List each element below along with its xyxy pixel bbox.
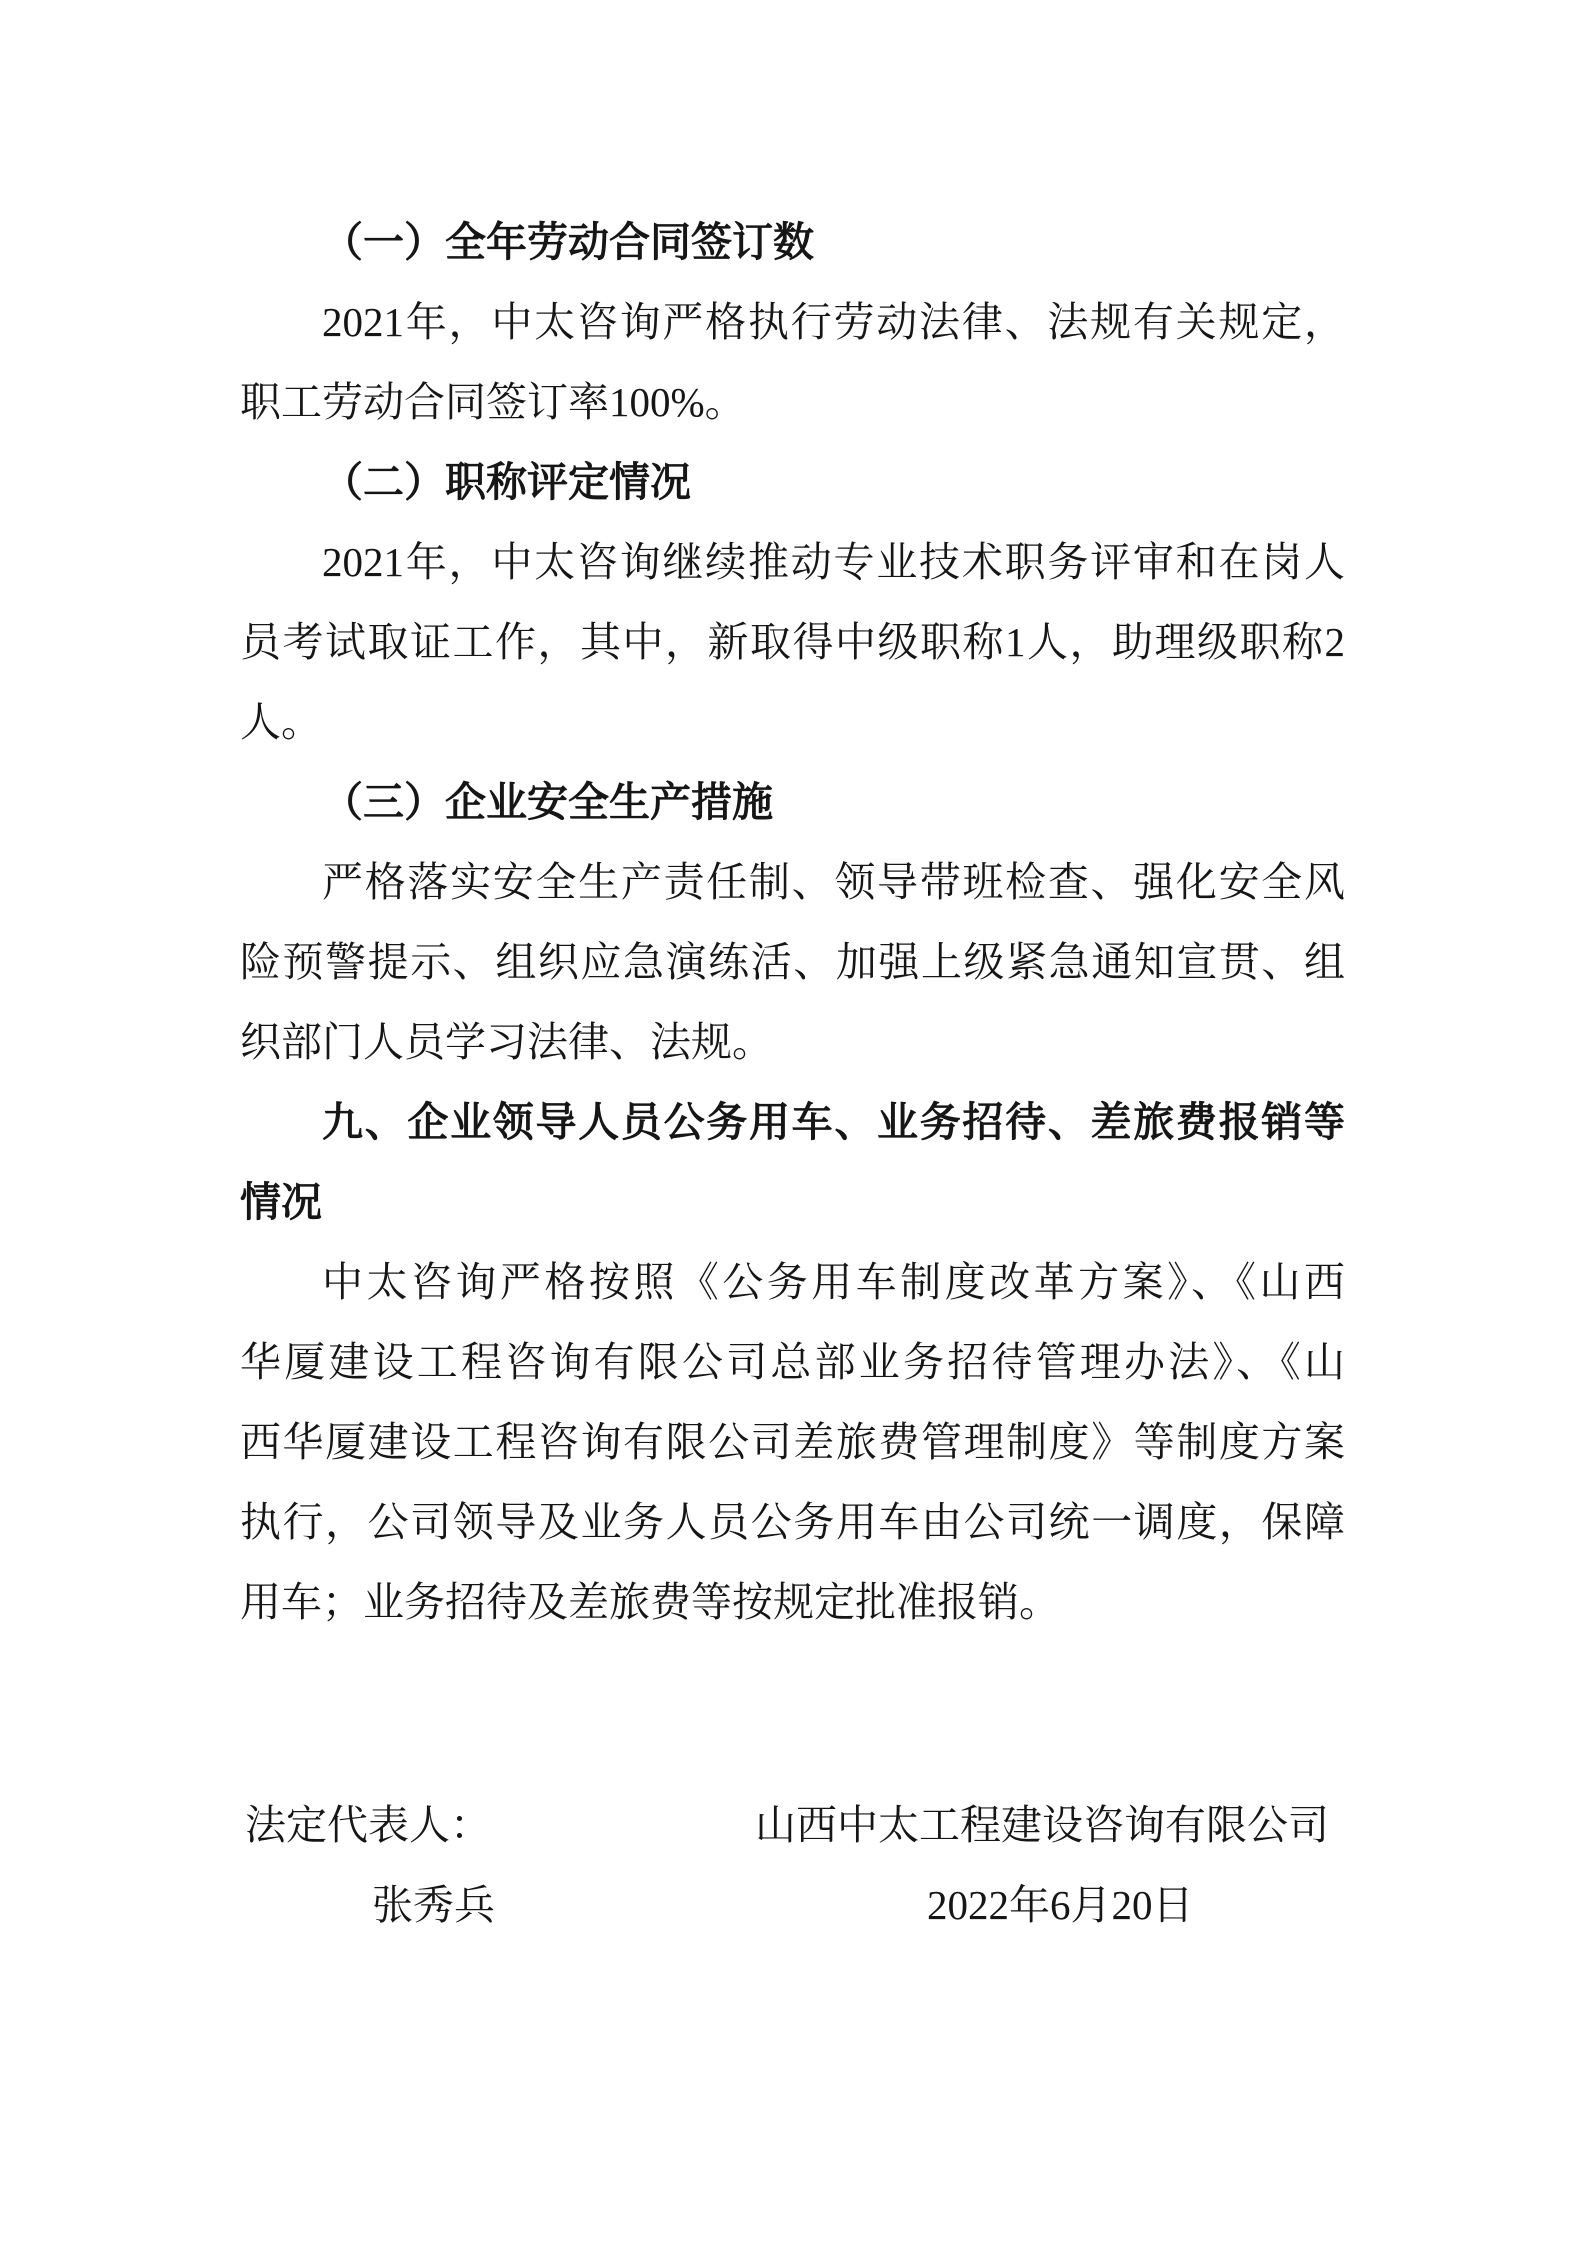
heading-vehicle-expense-section: 九、企业领导人员公务用车、业务招待、差旅费报销等 — [240, 1082, 1345, 1162]
document-body: （一）全年劳动合同签订数 2021年，中太咨询严格执行劳动法律、法规有关规定， … — [240, 202, 1345, 1945]
paragraph-line: 2021年，中太咨询严格执行劳动法律、法规有关规定， — [240, 282, 1345, 362]
heading-vehicle-expense-section-cont: 情况 — [240, 1162, 1345, 1242]
signature-row-2: 张秀兵 2022年6月20日 — [240, 1865, 1345, 1945]
heading-safety-measures: （三）企业安全生产措施 — [240, 762, 1345, 842]
legal-representative-label: 法定代表人： — [245, 1785, 491, 1865]
heading-title-evaluation: （二）职称评定情况 — [240, 442, 1345, 522]
paragraph-line: 职工劳动合同签订率100%。 — [240, 362, 1345, 442]
document-page: （一）全年劳动合同签订数 2021年，中太咨询严格执行劳动法律、法规有关规定， … — [0, 0, 1587, 2245]
company-name: 山西中太工程建设咨询有限公司 — [755, 1785, 1329, 1865]
paragraph-line: 中太咨询严格按照《公务用车制度改革方案》、《山西 — [240, 1242, 1345, 1322]
paragraph-line: 险预警提示、组织应急演练活、加强上级紧急通知宣贯、组 — [240, 922, 1345, 1002]
document-date: 2022年6月20日 — [927, 1865, 1194, 1945]
paragraph-line: 华厦建设工程咨询有限公司总部业务招待管理办法》、《山 — [240, 1322, 1345, 1402]
paragraph-line: 织部门人员学习法律、法规。 — [240, 1002, 1345, 1082]
legal-representative-name: 张秀兵 — [372, 1865, 495, 1945]
paragraph-line: 人。 — [240, 682, 1345, 762]
paragraph-line: 2021年，中太咨询继续推动专业技术职务评审和在岗人 — [240, 522, 1345, 602]
paragraph-line: 执行，公司领导及业务人员公务用车由公司统一调度，保障 — [240, 1482, 1345, 1562]
paragraph-line: 西华厦建设工程咨询有限公司差旅费管理制度》等制度方案 — [240, 1402, 1345, 1482]
paragraph-line: 用车；业务招待及差旅费等按规定批准报销。 — [240, 1562, 1345, 1642]
heading-labor-contract-count: （一）全年劳动合同签订数 — [240, 202, 1345, 282]
signature-block: 法定代表人： 山西中太工程建设咨询有限公司 张秀兵 2022年6月20日 — [240, 1785, 1345, 1945]
signature-row-1: 法定代表人： 山西中太工程建设咨询有限公司 — [240, 1785, 1345, 1865]
paragraph-line: 员考试取证工作，其中，新取得中级职称1人，助理级职称2 — [240, 602, 1345, 682]
paragraph-line: 严格落实安全生产责任制、领导带班检查、强化安全风 — [240, 842, 1345, 922]
